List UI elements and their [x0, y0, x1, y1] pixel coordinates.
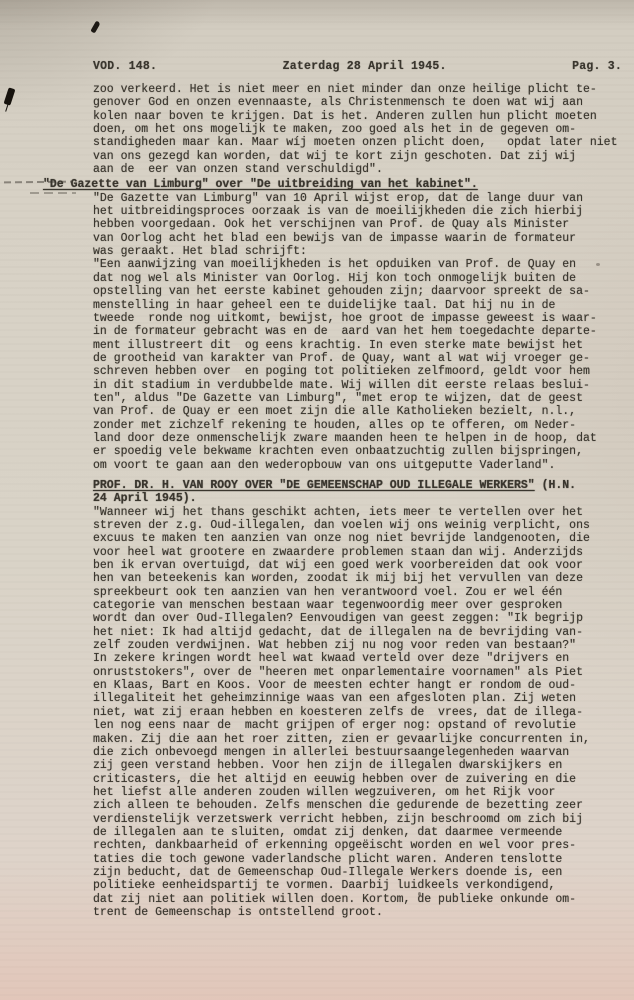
document-body: zoo verkeerd. Het is niet meer en niet m…	[93, 83, 624, 919]
heading-underlined-text: "De Gazette van Limburg" over "De uitbre…	[43, 178, 478, 191]
section-heading: "De Gazette van Limburg" over "De uitbre…	[43, 178, 624, 191]
heading-second-line: 24 April 1945).	[93, 492, 624, 505]
document-date: Zaterdag 28 April 1945.	[283, 60, 447, 73]
issue-number: VOD. 148.	[93, 60, 157, 73]
ink-mark	[90, 21, 100, 34]
document-content: VOD. 148. Zaterdag 28 April 1945. Pag. 3…	[93, 60, 624, 919]
scanned-page: VOD. 148. Zaterdag 28 April 1945. Pag. 3…	[0, 0, 634, 1000]
paragraph: "De Gazette van Limburg" van 10 April wi…	[93, 192, 624, 472]
section-heading: PROF. DR. H. VAN ROOY OVER "DE GEMEENSCH…	[93, 479, 624, 492]
page-number: Pag. 3.	[572, 60, 622, 73]
ink-mark	[4, 87, 16, 105]
pencil-mark	[30, 192, 76, 194]
paragraph: zoo verkeerd. Het is niet meer en niet m…	[93, 83, 624, 176]
heading-trailing-text: (H.N.	[535, 479, 576, 492]
heading-underlined-text: PROF. DR. H. VAN ROOY OVER "DE GEMEENSCH…	[93, 479, 535, 492]
paragraph: "Wanneer wij het thans geschikt achten, …	[93, 506, 624, 920]
document-header: VOD. 148. Zaterdag 28 April 1945. Pag. 3…	[93, 60, 624, 73]
